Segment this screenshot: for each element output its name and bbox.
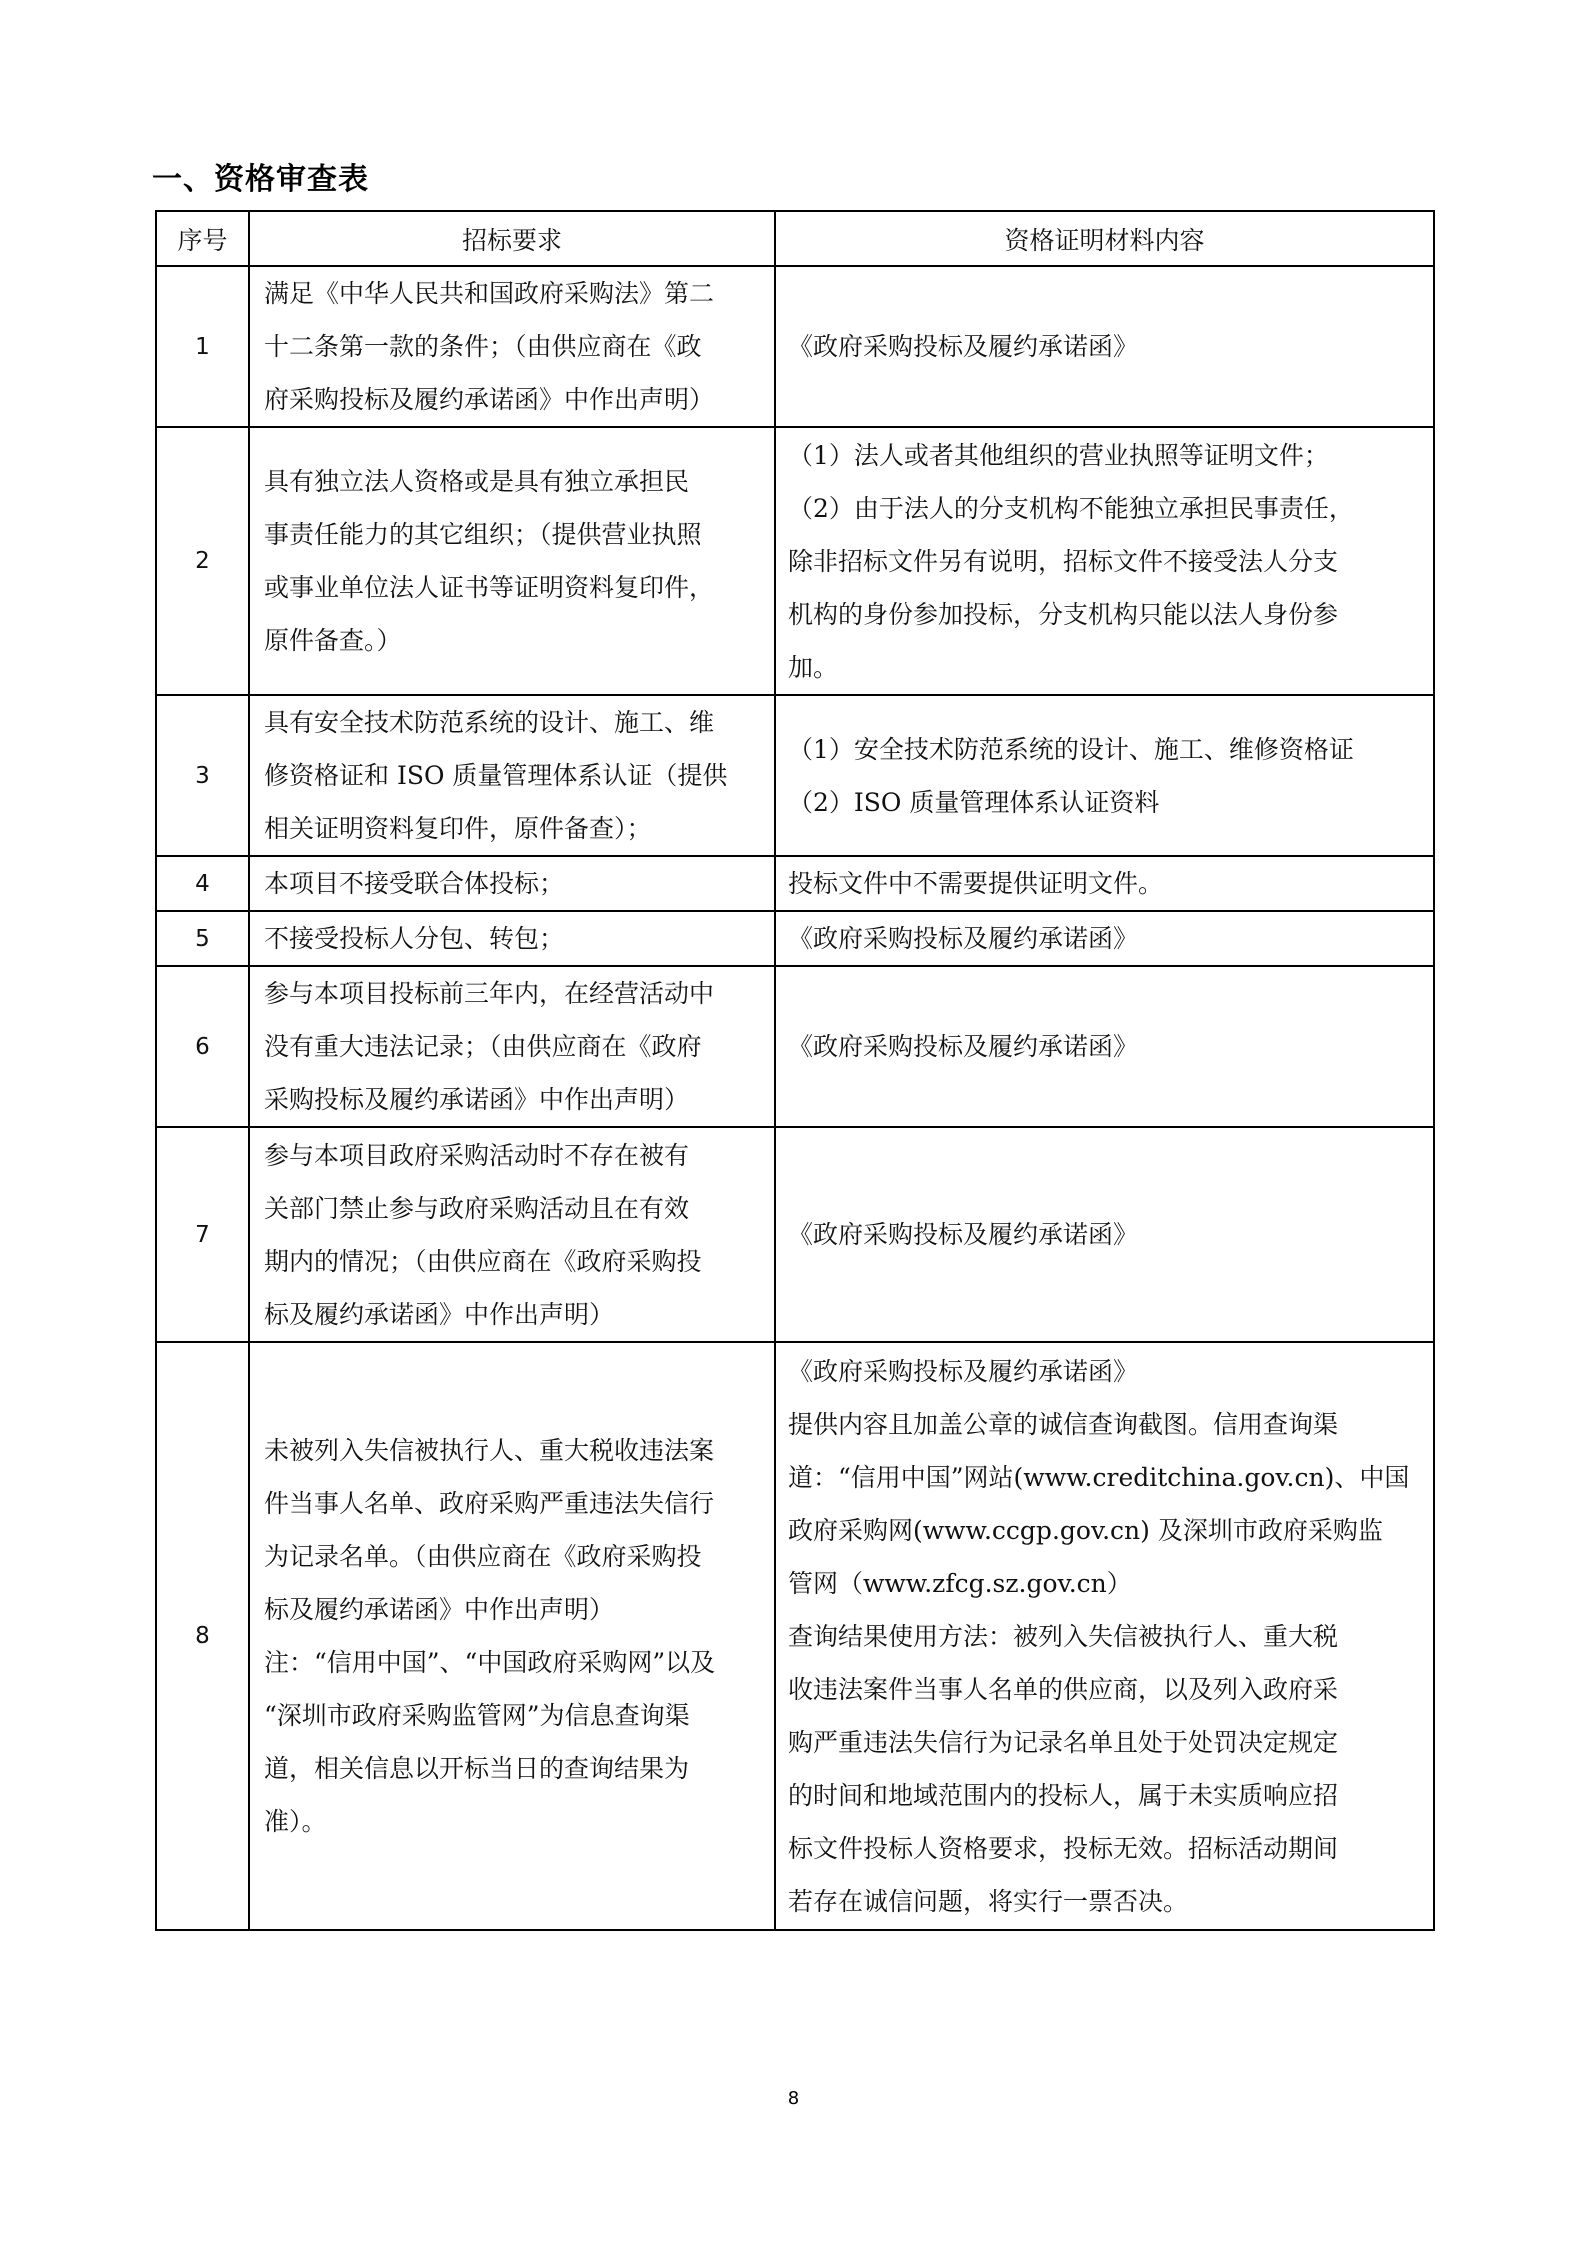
requirement-cell: 具有安全技术防范系统的设计、施工、维 修资格证和 ISO 质量管理体系认证（提供… bbox=[249, 695, 775, 856]
requirement-cell: 不接受投标人分包、转包； bbox=[249, 911, 775, 966]
evidence-cell: 《政府采购投标及履约承诺函》 bbox=[775, 966, 1434, 1127]
requirement-line: 关部门禁止参与政府采购活动且在有效 bbox=[264, 1182, 764, 1235]
evidence-line: 查询结果使用方法：被列入失信被执行人、重大税 bbox=[788, 1610, 1425, 1663]
table-row: 5 不接受投标人分包、转包； 《政府采购投标及履约承诺函》 bbox=[156, 911, 1434, 966]
evidence-cell: （1）法人或者其他组织的营业执照等证明文件； （2）由于法人的分支机构不能独立承… bbox=[775, 427, 1434, 695]
requirement-line: 参与本项目投标前三年内，在经营活动中 bbox=[264, 967, 764, 1020]
requirement-line: 未被列入失信被执行人、重大税收违法案 bbox=[264, 1424, 764, 1477]
row-number: 4 bbox=[156, 856, 249, 911]
requirement-cell: 具有独立法人资格或是具有独立承担民 事责任能力的其它组织；（提供营业执照 或事业… bbox=[249, 427, 775, 695]
requirement-line: 修资格证和 ISO 质量管理体系认证（提供 bbox=[264, 749, 764, 802]
evidence-line: 道：“信用中国”网站(www.creditchina.gov.cn)、中国 bbox=[788, 1451, 1425, 1504]
section-title: 一、资格审查表 bbox=[152, 160, 369, 200]
table-row: 2 具有独立法人资格或是具有独立承担民 事责任能力的其它组织；（提供营业执照 或… bbox=[156, 427, 1434, 695]
requirement-line: 没有重大违法记录；（由供应商在《政府 bbox=[264, 1020, 764, 1073]
evidence-line: 加。 bbox=[788, 641, 1425, 694]
header-requirement: 招标要求 bbox=[249, 211, 775, 266]
evidence-line: 的时间和地域范围内的投标人，属于未实质响应招 bbox=[788, 1769, 1425, 1822]
requirement-cell: 本项目不接受联合体投标； bbox=[249, 856, 775, 911]
evidence-line: 购严重违法失信行为记录名单且处于处罚决定规定 bbox=[788, 1716, 1425, 1769]
evidence-line: 政府采购网(www.ccgp.gov.cn) 及深圳市政府采购监 bbox=[788, 1504, 1425, 1557]
requirement-line: 期内的情况；（由供应商在《政府采购投 bbox=[264, 1235, 764, 1288]
evidence-line: 《政府采购投标及履约承诺函》 bbox=[788, 1020, 1425, 1073]
evidence-line: 机构的身份参加投标，分支机构只能以法人身份参 bbox=[788, 588, 1425, 641]
evidence-cell: 投标文件中不需要提供证明文件。 bbox=[775, 856, 1434, 911]
evidence-cell: 《政府采购投标及履约承诺函》 bbox=[775, 1127, 1434, 1342]
evidence-line: 若存在诚信问题，将实行一票否决。 bbox=[788, 1875, 1425, 1928]
requirement-line: 事责任能力的其它组织；（提供营业执照 bbox=[264, 508, 764, 561]
header-evidence: 资格证明材料内容 bbox=[775, 211, 1434, 266]
evidence-line: （1）法人或者其他组织的营业执照等证明文件； bbox=[788, 429, 1425, 482]
table-header-row: 序号 招标要求 资格证明材料内容 bbox=[156, 211, 1434, 266]
row-number: 7 bbox=[156, 1127, 249, 1342]
table-row: 3 具有安全技术防范系统的设计、施工、维 修资格证和 ISO 质量管理体系认证（… bbox=[156, 695, 1434, 856]
evidence-line: 标文件投标人资格要求，投标无效。招标活动期间 bbox=[788, 1822, 1425, 1875]
requirement-cell: 满足《中华人民共和国政府采购法》第二 十二条第一款的条件；（由供应商在《政 府采… bbox=[249, 266, 775, 427]
header-no: 序号 bbox=[156, 211, 249, 266]
note-line: “深圳市政府采购监管网”为信息查询渠 bbox=[264, 1689, 764, 1742]
evidence-line: 《政府采购投标及履约承诺函》 bbox=[788, 912, 1425, 965]
evidence-line: 投标文件中不需要提供证明文件。 bbox=[788, 857, 1425, 910]
requirement-line: 相关证明资料复印件，原件备查）； bbox=[264, 802, 764, 855]
table-row: 8 未被列入失信被执行人、重大税收违法案 件当事人名单、政府采购严重违法失信行 … bbox=[156, 1342, 1434, 1930]
evidence-line: （2）由于法人的分支机构不能独立承担民事责任， bbox=[788, 482, 1425, 535]
row-number: 3 bbox=[156, 695, 249, 856]
requirement-line: 件当事人名单、政府采购严重违法失信行 bbox=[264, 1477, 764, 1530]
table-row: 7 参与本项目政府采购活动时不存在被有 关部门禁止参与政府采购活动且在有效 期内… bbox=[156, 1127, 1434, 1342]
evidence-line: 《政府采购投标及履约承诺函》 bbox=[788, 1208, 1425, 1261]
evidence-cell: 《政府采购投标及履约承诺函》 提供内容且加盖公章的诚信查询截图。信用查询渠 道：… bbox=[775, 1342, 1434, 1930]
note-line: 道，相关信息以开标当日的查询结果为 bbox=[264, 1742, 764, 1795]
table-row: 6 参与本项目投标前三年内，在经营活动中 没有重大违法记录；（由供应商在《政府 … bbox=[156, 966, 1434, 1127]
row-number: 1 bbox=[156, 266, 249, 427]
table-row: 1 满足《中华人民共和国政府采购法》第二 十二条第一款的条件；（由供应商在《政 … bbox=[156, 266, 1434, 427]
note-line: 注：“信用中国”、“中国政府采购网”以及 bbox=[264, 1636, 764, 1689]
evidence-line: （1）安全技术防范系统的设计、施工、维修资格证 bbox=[788, 723, 1425, 776]
evidence-line: 收违法案件当事人名单的供应商，以及列入政府采 bbox=[788, 1663, 1425, 1716]
evidence-line: 《政府采购投标及履约承诺函》 bbox=[788, 1345, 1425, 1398]
requirement-line: 本项目不接受联合体投标； bbox=[264, 857, 764, 910]
qualification-review-table: 序号 招标要求 资格证明材料内容 1 满足《中华人民共和国政府采购法》第二 十二… bbox=[155, 210, 1435, 1931]
requirement-line: 采购投标及履约承诺函》中作出声明） bbox=[264, 1073, 764, 1126]
requirement-line: 不接受投标人分包、转包； bbox=[264, 912, 764, 965]
evidence-line: （2）ISO 质量管理体系认证资料 bbox=[788, 776, 1425, 829]
table-row: 4 本项目不接受联合体投标； 投标文件中不需要提供证明文件。 bbox=[156, 856, 1434, 911]
requirement-line: 十二条第一款的条件；（由供应商在《政 bbox=[264, 320, 764, 373]
requirement-cell: 未被列入失信被执行人、重大税收违法案 件当事人名单、政府采购严重违法失信行 为记… bbox=[249, 1342, 775, 1930]
requirement-cell: 参与本项目投标前三年内，在经营活动中 没有重大违法记录；（由供应商在《政府 采购… bbox=[249, 966, 775, 1127]
evidence-line: 管网（www.zfcg.sz.gov.cn） bbox=[788, 1557, 1425, 1610]
evidence-line: 提供内容且加盖公章的诚信查询截图。信用查询渠 bbox=[788, 1398, 1425, 1451]
row-number: 5 bbox=[156, 911, 249, 966]
evidence-cell: 《政府采购投标及履约承诺函》 bbox=[775, 911, 1434, 966]
requirement-line: 府采购投标及履约承诺函》中作出声明） bbox=[264, 373, 764, 426]
evidence-line: 《政府采购投标及履约承诺函》 bbox=[788, 320, 1425, 373]
requirement-line: 为记录名单。（由供应商在《政府采购投 bbox=[264, 1530, 764, 1583]
evidence-cell: （1）安全技术防范系统的设计、施工、维修资格证 （2）ISO 质量管理体系认证资… bbox=[775, 695, 1434, 856]
requirement-line: 原件备查。） bbox=[264, 614, 764, 667]
requirement-line: 或事业单位法人证书等证明资料复印件， bbox=[264, 561, 764, 614]
row-number: 6 bbox=[156, 966, 249, 1127]
evidence-cell: 《政府采购投标及履约承诺函》 bbox=[775, 266, 1434, 427]
requirement-line: 具有独立法人资格或是具有独立承担民 bbox=[264, 455, 764, 508]
requirement-line: 满足《中华人民共和国政府采购法》第二 bbox=[264, 267, 764, 320]
row-number: 2 bbox=[156, 427, 249, 695]
requirement-line: 标及履约承诺函》中作出声明） bbox=[264, 1583, 764, 1636]
evidence-line: 除非招标文件另有说明，招标文件不接受法人分支 bbox=[788, 535, 1425, 588]
row-number: 8 bbox=[156, 1342, 249, 1930]
page-number: 8 bbox=[0, 2088, 1587, 2109]
note-line: 准）。 bbox=[264, 1795, 764, 1848]
requirement-line: 参与本项目政府采购活动时不存在被有 bbox=[264, 1129, 764, 1182]
requirement-line: 标及履约承诺函》中作出声明） bbox=[264, 1288, 764, 1341]
requirement-cell: 参与本项目政府采购活动时不存在被有 关部门禁止参与政府采购活动且在有效 期内的情… bbox=[249, 1127, 775, 1342]
requirement-line: 具有安全技术防范系统的设计、施工、维 bbox=[264, 696, 764, 749]
